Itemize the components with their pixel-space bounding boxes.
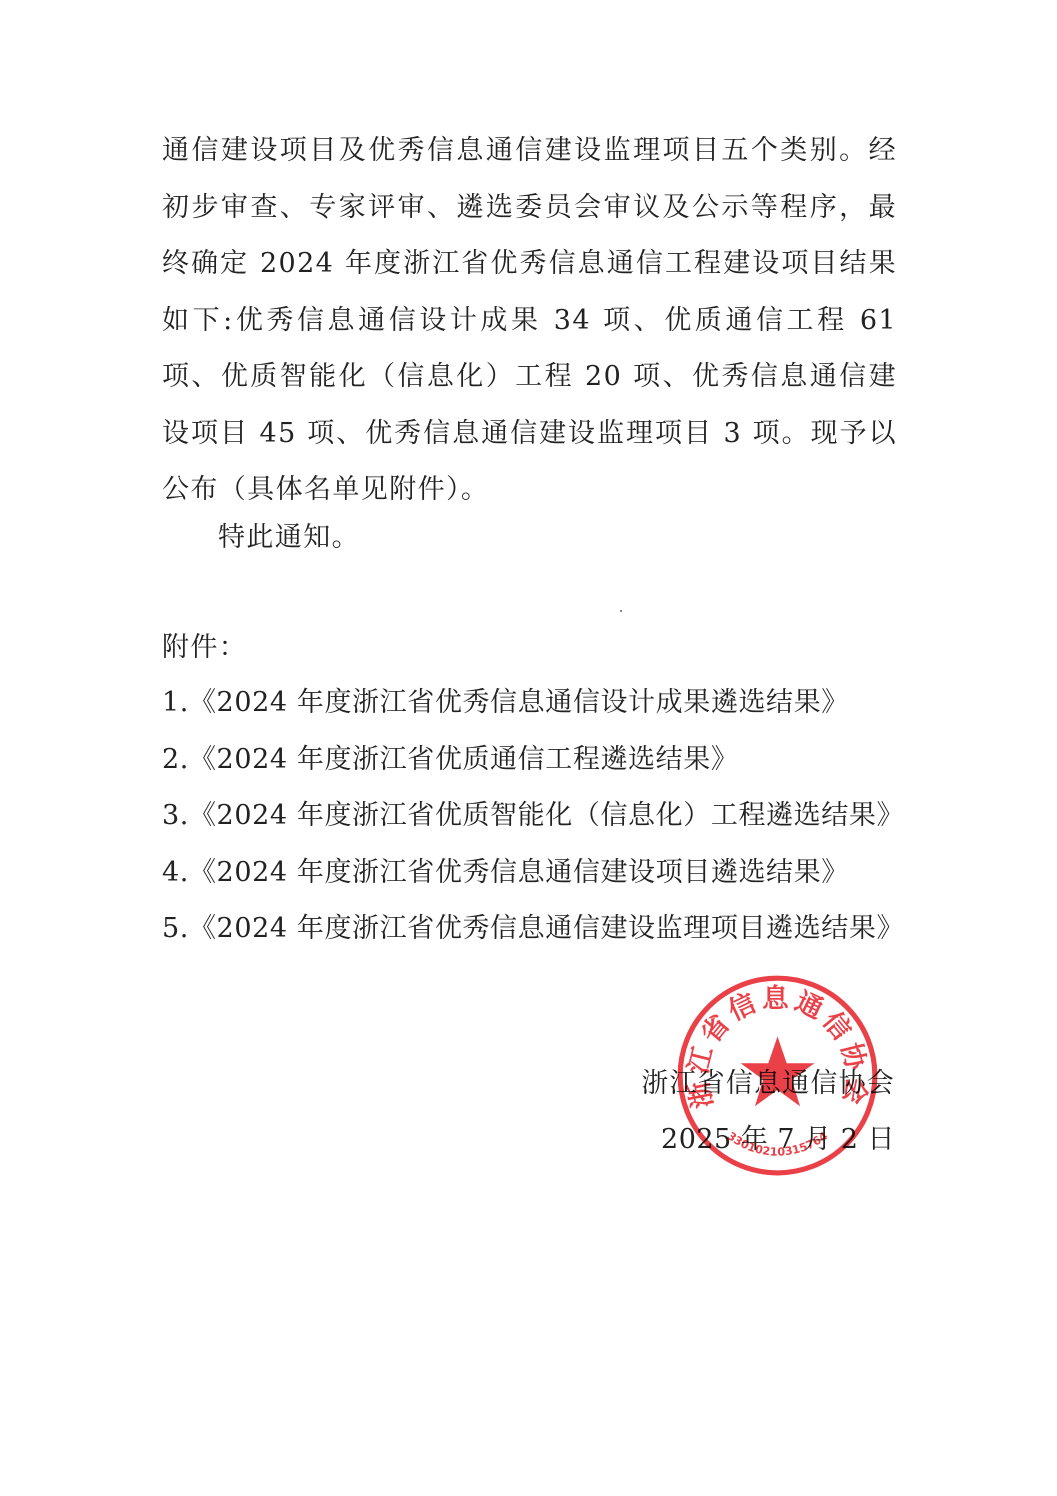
attachments-list: 1.《2024 年度浙江省优秀信息通信设计成果遴选结果》 2.《2024 年度浙… <box>162 675 904 958</box>
svg-text:33010210315764: 33010210315764 <box>725 1129 830 1158</box>
closing-line: 特此通知。 <box>218 510 360 566</box>
attachment-item: 2.《2024 年度浙江省优质通信工程遴选结果》 <box>162 732 904 789</box>
body-paragraph: 通信建设项目及优秀信息通信建设监理项目五个类别。经初步审查、专家评审、遴选委员会… <box>162 123 897 519</box>
attachment-item: 1.《2024 年度浙江省优秀信息通信设计成果遴选结果》 <box>162 675 904 732</box>
seal-number: 33010210315764 <box>725 1129 830 1158</box>
official-seal-icon: 浙江省信息通信协会 33010210315764 <box>675 973 880 1178</box>
attachment-item: 3.《2024 年度浙江省优质智能化（信息化）工程遴选结果》 <box>162 788 904 845</box>
document-page: 通信建设项目及优秀信息通信建设监理项目五个类别。经初步审查、专家评审、遴选委员会… <box>0 0 1057 1496</box>
attachment-item: 5.《2024 年度浙江省优秀信息通信建设监理项目遴选结果》 <box>162 901 904 958</box>
attachment-item: 4.《2024 年度浙江省优秀信息通信建设项目遴选结果》 <box>162 845 904 902</box>
attachments-label: 附件： <box>162 620 247 676</box>
scan-speck <box>620 610 622 612</box>
